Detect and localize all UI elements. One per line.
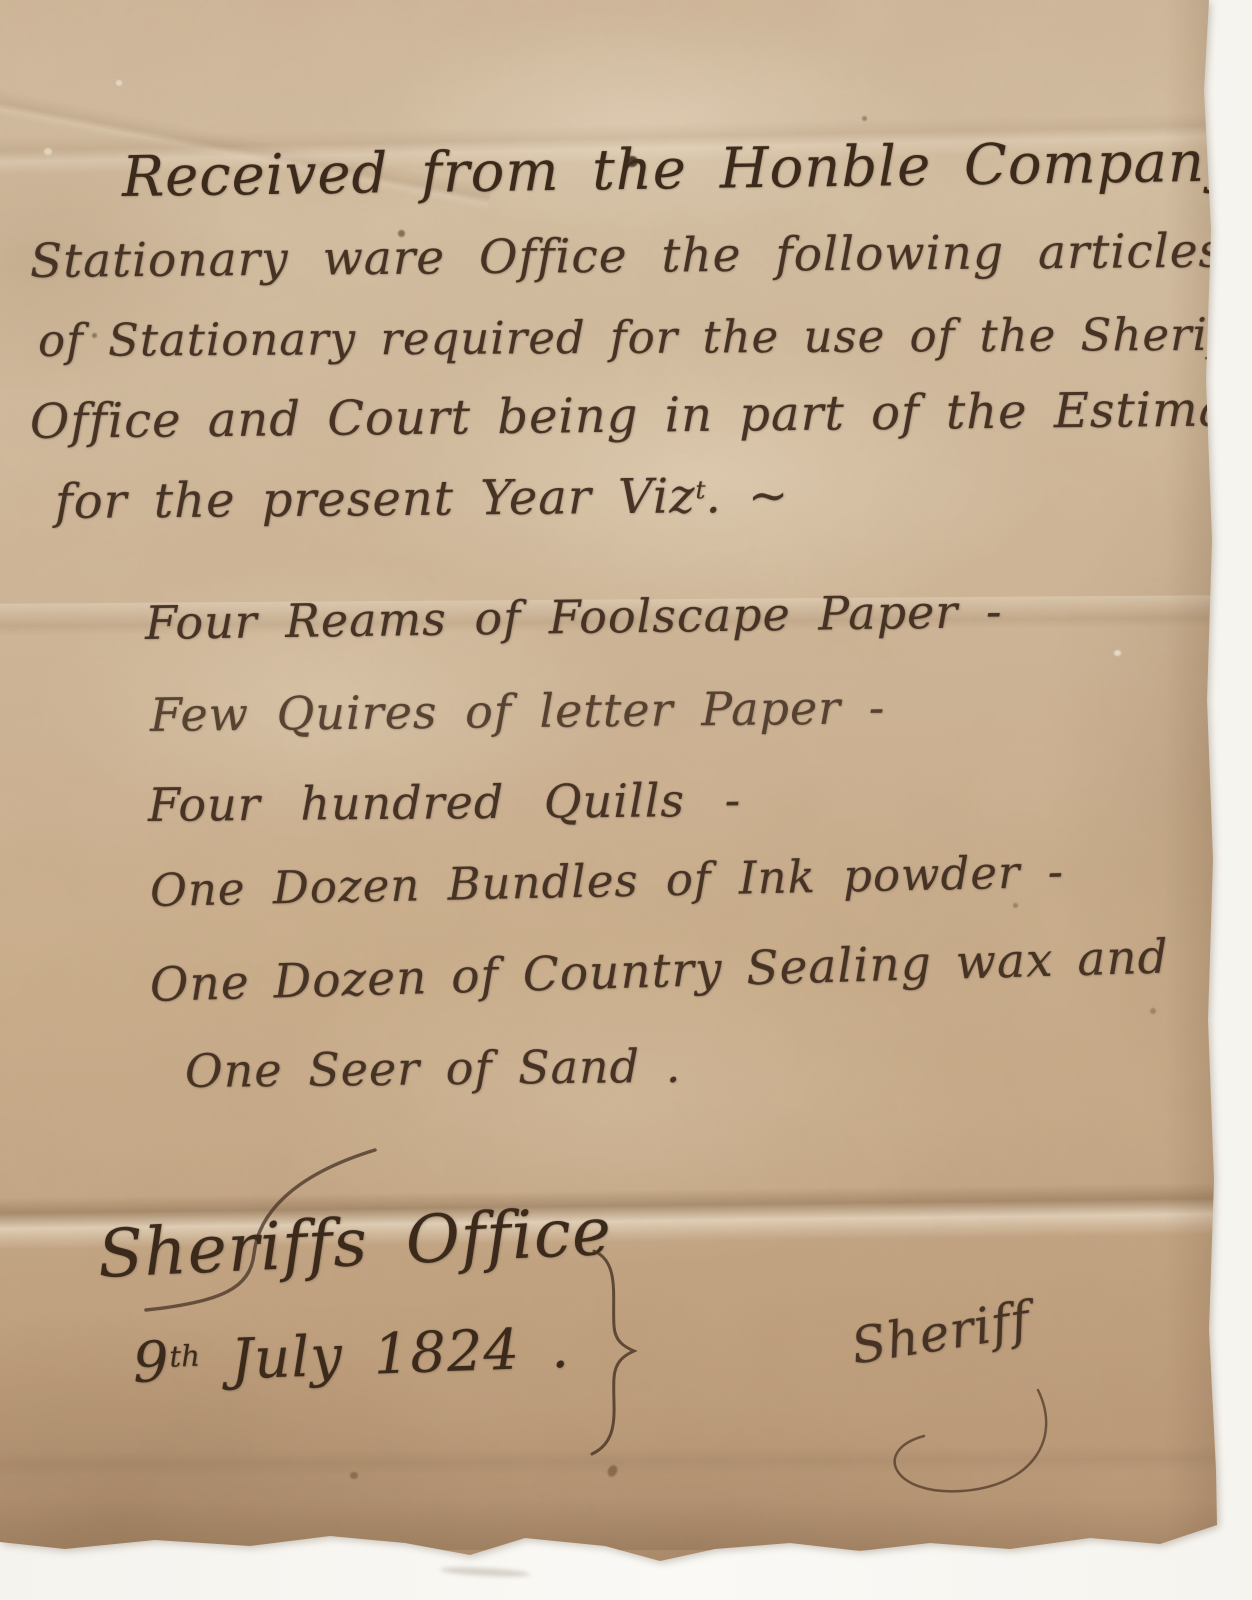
paper-texture: [0, 0, 1252, 1600]
paper-sheet: Received from the Honble Company's Stati…: [0, 0, 1252, 1600]
document-scan: Received from the Honble Company's Stati…: [0, 0, 1252, 1600]
paper-shadow-wrapper: Received from the Honble Company's Stati…: [0, 0, 1252, 1600]
